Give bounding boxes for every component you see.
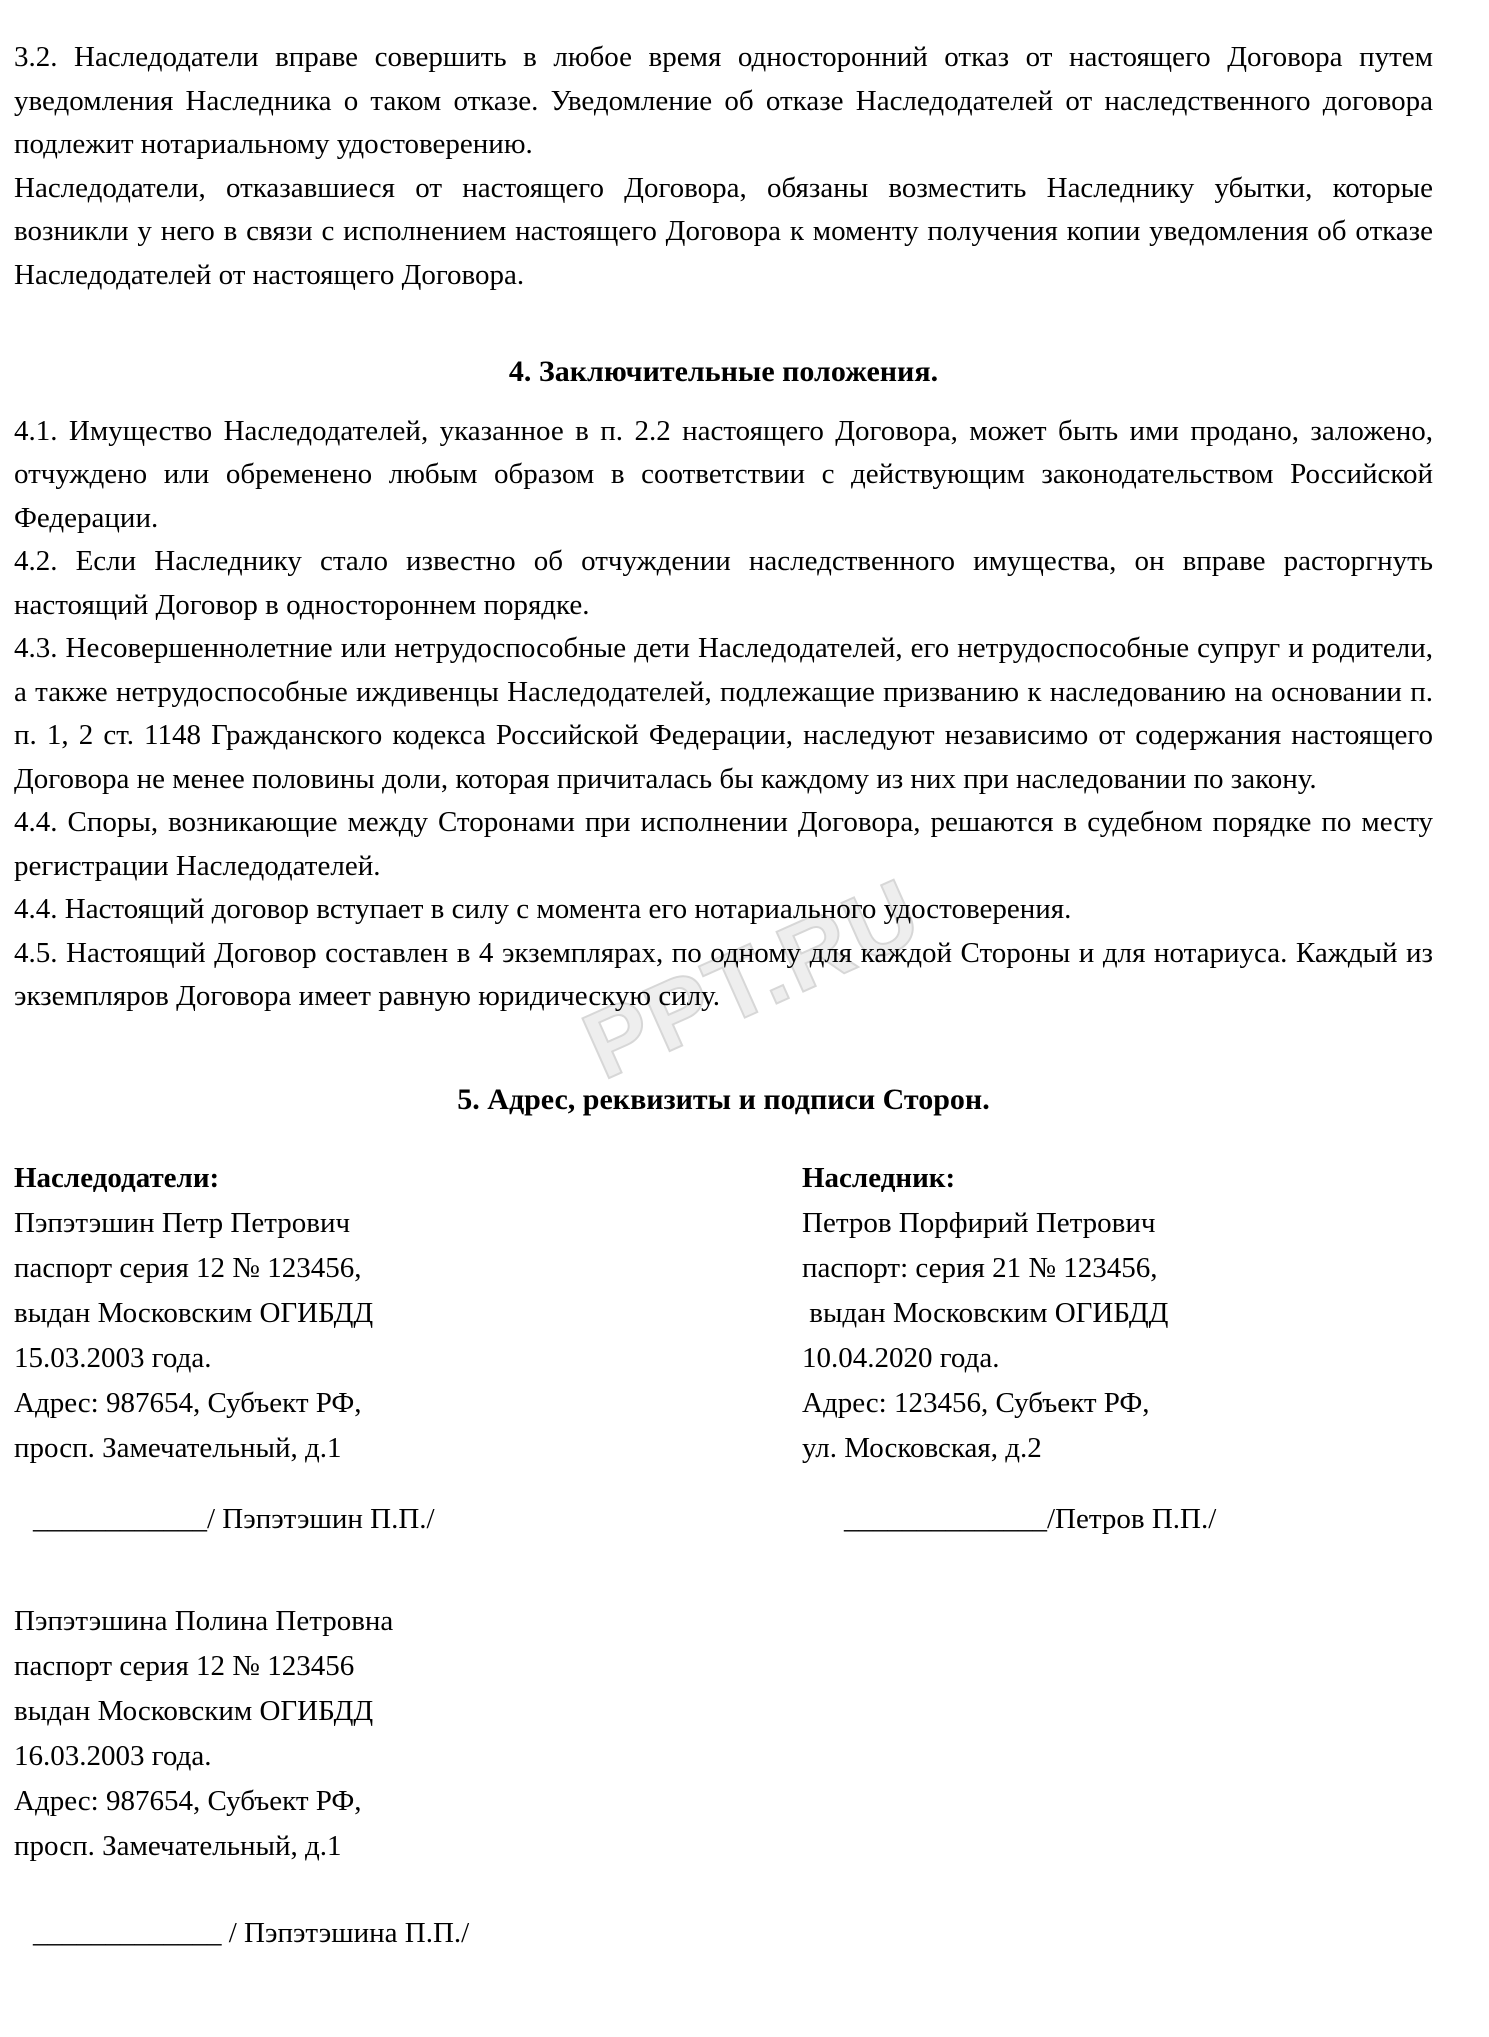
paragraph-4-1: 4.1. Имущество Наследодателей, указанное… [14,410,1433,541]
paragraph-4-3: 4.3. Несовершеннолетние или нетрудоспосо… [14,627,1433,801]
heir-signature-line: ______________/Петров П.П./ [802,1497,1433,1542]
document-page: PPT.RU 3.2. Наследодатели вправе соверши… [0,0,1489,2037]
testator-1-name: Пэпэтэшин Петр Петрович [14,1201,802,1246]
testator-1-details: Пэпэтэшин Петр Петрович паспорт серия 12… [14,1201,802,1471]
heir-passport-date: 10.04.2020 года. [802,1336,1433,1381]
parties-columns: Наследодатели: Пэпэтэшин Петр Петрович п… [14,1156,1433,1956]
heir-details: Петров Порфирий Петрович паспорт: серия … [802,1201,1433,1471]
heir-role-label: Наследник: [802,1156,1433,1201]
testator-2-address-street: просп. Замечательный, д.1 [14,1824,802,1869]
testator-1-address: Адрес: 987654, Субъект РФ, [14,1381,802,1426]
testator-2-passport-issuer: выдан Московским ОГИБДД [14,1689,802,1734]
heir-passport-issuer: выдан Московским ОГИБДД [802,1291,1433,1336]
paragraph-4-4-entry-into-force: 4.4. Настоящий договор вступает в силу с… [14,888,1433,932]
paragraph-4-2: 4.2. Если Наследнику стало известно об о… [14,540,1433,627]
section-4-heading: 4. Заключительные положения. [14,350,1433,394]
testator-2-passport: паспорт серия 12 № 123456 [14,1644,802,1689]
paragraph-3-2-continued: Наследодатели, отказавшиеся от настоящег… [14,167,1433,298]
paragraph-4-4-disputes: 4.4. Споры, возникающие между Сторонами … [14,801,1433,888]
testator-2-signature-line: _____________ / Пэпэтэшина П.П./ [14,1911,802,1956]
testator-1-signature-line: ____________/ Пэпэтэшин П.П./ [14,1497,802,1542]
testator-2-address: Адрес: 987654, Субъект РФ, [14,1779,802,1824]
testator-2-name: Пэпэтэшина Полина Петровна [14,1599,802,1644]
testator-1-passport-date: 15.03.2003 года. [14,1336,802,1381]
paragraph-3-2: 3.2. Наследодатели вправе совершить в лю… [14,36,1433,167]
testator-1-address-street: просп. Замечательный, д.1 [14,1426,802,1471]
document-content: 3.2. Наследодатели вправе совершить в лю… [0,0,1489,1956]
testators-column: Наследодатели: Пэпэтэшин Петр Петрович п… [14,1156,802,1956]
heir-address-street: ул. Московская, д.2 [802,1426,1433,1471]
paragraph-4-5: 4.5. Настоящий Договор составлен в 4 экз… [14,932,1433,1019]
heir-column: Наследник: Петров Порфирий Петрович пасп… [802,1156,1433,1542]
testator-1-passport-issuer: выдан Московским ОГИБДД [14,1291,802,1336]
section-5-heading: 5. Адрес, реквизиты и подписи Сторон. [14,1078,1433,1122]
testators-role-label: Наследодатели: [14,1156,802,1201]
testator-1-passport: паспорт серия 12 № 123456, [14,1246,802,1291]
heir-passport: паспорт: серия 21 № 123456, [802,1246,1433,1291]
testator-2-details: Пэпэтэшина Полина Петровна паспорт серия… [14,1599,802,1869]
testator-2-passport-date: 16.03.2003 года. [14,1734,802,1779]
heir-address: Адрес: 123456, Субъект РФ, [802,1381,1433,1426]
heir-name: Петров Порфирий Петрович [802,1201,1433,1246]
